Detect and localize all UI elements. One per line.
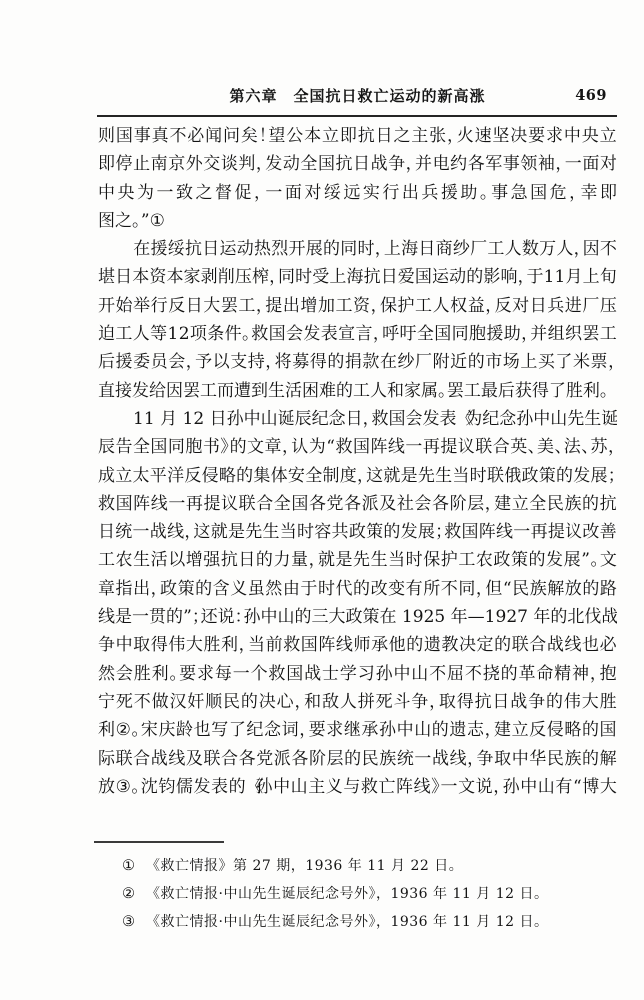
glyph: 时 (358, 235, 375, 263)
glyph: 附 (433, 348, 450, 376)
glyph: 然 (98, 660, 115, 688)
glyph: 大 (186, 631, 203, 659)
glyph: 议 (458, 433, 475, 461)
glyph: 同 (452, 320, 469, 348)
glyph: 个 (251, 660, 268, 688)
glyph: ， (608, 433, 617, 461)
glyph: ！ (259, 122, 268, 150)
glyph: 线 (336, 631, 353, 659)
glyph: 中 (512, 745, 529, 773)
glyph: 厂 (582, 292, 599, 320)
glyph: 1 (168, 320, 179, 348)
glyph: 各 (309, 490, 326, 518)
glyph: 直 (98, 377, 115, 405)
glyph: 督 (215, 179, 232, 207)
glyph: 变 (388, 575, 405, 603)
glyph: 孙 (243, 603, 260, 631)
glyph: 展 (591, 462, 608, 490)
glyph: 员 (151, 348, 168, 376)
glyph: 策 (511, 546, 528, 574)
glyph: 罢 (582, 320, 599, 348)
glyph: 兵 (421, 179, 438, 207)
glyph: 文 (247, 433, 264, 461)
glyph: 战 (601, 603, 617, 631)
glyph: 略 (564, 716, 581, 744)
glyph: 反 (184, 462, 201, 490)
glyph: 募 (292, 348, 309, 376)
glyph: 然 (265, 575, 282, 603)
glyph: 援 (441, 179, 458, 207)
glyph: 并 (530, 320, 547, 348)
glyph: 层 (467, 490, 484, 518)
glyph: 与 (343, 773, 360, 801)
glyph: 问 (223, 122, 240, 150)
glyph: 最 (481, 377, 498, 405)
glyph: 全 (305, 462, 322, 490)
glyph: 2 (506, 603, 517, 631)
glyph: 容 (314, 518, 331, 546)
glyph: 决 (459, 631, 476, 659)
glyph: 认 (291, 433, 308, 461)
glyph: 。 (600, 377, 609, 405)
glyph: 纱 (398, 348, 415, 376)
glyph: 提 (203, 490, 220, 518)
glyph: 是 (401, 462, 418, 490)
text-line: 利②。宋庆龄也写了纪念词，要求继承孙中山的遗志，建立反侵略的国 (98, 716, 617, 744)
glyph: 护 (441, 546, 458, 574)
glyph: 表 (211, 773, 228, 801)
glyph: 放 (98, 773, 115, 801)
glyph: 日 (115, 263, 132, 291)
glyph: 1 (555, 263, 566, 291)
glyph: ， (363, 405, 372, 433)
glyph: 胜 (134, 660, 151, 688)
glyph: 他 (389, 631, 406, 659)
glyph: 伐 (584, 603, 601, 631)
footnote-row: ①《救亡情报》第 27 期，1936 年 11 月 22 日。 (98, 852, 617, 880)
glyph: 压 (235, 263, 252, 291)
footnote-row: ③《救亡情报·中山先生诞辰纪念号外》，1936 年 11 月 12 日。 (98, 908, 617, 936)
glyph: 线 (388, 433, 405, 461)
glyph: 当 (280, 518, 297, 546)
glyph: 及 (186, 745, 203, 773)
glyph: 孙 (516, 405, 533, 433)
glyph: 抗 (335, 150, 352, 178)
glyph: 解 (547, 575, 564, 603)
glyph: 民 (547, 490, 564, 518)
glyph: 日 (346, 405, 363, 433)
glyph: 中 (520, 773, 537, 801)
glyph: 约 (450, 150, 467, 178)
glyph: 挠 (483, 660, 500, 688)
glyph: 国 (116, 122, 133, 150)
glyph: 国 (291, 490, 308, 518)
glyph: 国 (150, 433, 167, 461)
text-line: 然会胜利。要求每一个救国战士学习孙中山不屈不挠的革命精神，抱 (98, 660, 617, 688)
glyph: 的 (230, 433, 247, 461)
glyph: 庆 (158, 716, 175, 744)
glyph: 继 (344, 716, 361, 744)
glyph: 会 (168, 348, 185, 376)
glyph: 战 (547, 631, 564, 659)
glyph: 层 (327, 745, 344, 773)
glyph: 助 (460, 179, 477, 207)
glyph: 说 (218, 603, 235, 631)
glyph: 项 (190, 320, 207, 348)
glyph: 告 (115, 433, 132, 461)
glyph: ， (151, 575, 160, 603)
glyph: 各 (344, 490, 361, 518)
glyph: 给 (149, 377, 166, 405)
glyph: 社 (397, 490, 414, 518)
glyph: 会 (414, 490, 431, 518)
text-line: 11 月 12 日孙中山诞辰纪念日，救国会发表《为纪念孙中山先生诞 (98, 405, 617, 433)
glyph: 绥 (324, 179, 341, 207)
glyph: 的 (582, 716, 599, 744)
glyph: 出 (283, 292, 300, 320)
glyph: 袖 (538, 150, 555, 178)
glyph: 策 (362, 603, 379, 631)
glyph: 章 (265, 433, 282, 461)
glyph: 太 (133, 462, 150, 490)
glyph: 上 (384, 235, 401, 263)
glyph: 吁 (399, 320, 416, 348)
glyph: 各 (468, 150, 485, 178)
glyph: 生 (133, 546, 150, 574)
glyph: 米 (573, 348, 590, 376)
glyph: 提 (548, 518, 565, 546)
glyph: 侵 (547, 716, 564, 744)
glyph: 党 (327, 490, 344, 518)
glyph: 商 (436, 235, 453, 263)
glyph: 票 (591, 348, 608, 376)
glyph: 、 (554, 433, 563, 461)
text-line: 迫工人等12项条件。救国会发表宣言，呼吁全国同胞援助，并组织罢工 (98, 320, 617, 348)
glyph: 先 (353, 546, 370, 574)
glyph: 习 (358, 660, 375, 688)
glyph: 强 (203, 546, 220, 574)
glyph: ； (435, 518, 444, 546)
glyph: 政 (349, 518, 366, 546)
glyph: 2 (424, 603, 435, 631)
glyph: 后 (98, 348, 115, 376)
glyph: 烈 (271, 235, 288, 263)
glyph: 坚 (492, 122, 509, 150)
glyph: 1 (144, 405, 155, 433)
glyph: 中 (397, 716, 414, 744)
glyph: 工 (238, 292, 255, 320)
glyph: 国 (600, 716, 617, 744)
glyph: 会 (405, 405, 422, 433)
glyph: 英 (510, 433, 527, 461)
glyph: 词 (282, 716, 299, 744)
glyph: 数 (522, 235, 539, 263)
glyph: 1 (485, 603, 496, 631)
glyph: ， (186, 348, 195, 376)
glyph: 行 (382, 179, 399, 207)
footnote-marker: ③ (122, 908, 135, 936)
glyph: 求 (546, 122, 563, 150)
glyph: 。 (132, 207, 141, 235)
footnote-text: 《救亡情报·中山先生诞辰纪念号外》，1936 年 11 月 12 日。 (146, 908, 548, 936)
glyph: 2 (179, 320, 190, 348)
glyph: ， (299, 716, 308, 744)
glyph: 美 (537, 433, 554, 461)
glyph: ， (373, 320, 382, 348)
glyph: 是 (115, 603, 132, 631)
glyph: 开 (98, 292, 115, 320)
text-line: 工农生活以增强抗日的力量，就是先生当时保护工农政策的发展”。文 (98, 546, 617, 574)
glyph: ， (254, 179, 263, 207)
text-line: 日统一战线，这就是先生当时容共政策的发展；救国阵线一再提议改善 (98, 518, 617, 546)
glyph: 央 (118, 179, 135, 207)
glyph: 民 (223, 688, 240, 716)
glyph: 联 (475, 433, 492, 461)
glyph: 也 (582, 631, 599, 659)
glyph: 为 (309, 433, 326, 461)
glyph: 进 (565, 292, 582, 320)
glyph: 响 (500, 263, 517, 291)
glyph: 国 (530, 179, 547, 207)
glyph: 运 (432, 263, 449, 291)
glyph: 致 (176, 179, 193, 207)
glyph: 合 (529, 631, 546, 659)
glyph: 海 (401, 235, 418, 263)
glyph: 抗 (358, 122, 375, 150)
glyph: 是 (228, 518, 245, 546)
glyph: 取 (133, 631, 150, 659)
glyph: 出 (133, 575, 150, 603)
glyph: 会 (286, 320, 303, 348)
glyph: 派 (274, 745, 291, 773)
glyph: 榨 (252, 263, 269, 291)
glyph: 派 (362, 490, 379, 518)
glyph: 止 (133, 150, 150, 178)
glyph: 山 (411, 660, 428, 688)
glyph: 由 (283, 575, 300, 603)
glyph: 议 (221, 490, 238, 518)
glyph: 开 (289, 235, 306, 263)
glyph: 的 (256, 546, 273, 574)
glyph: 略 (219, 462, 236, 490)
glyph: ， (282, 433, 291, 461)
glyph: 资 (353, 292, 370, 320)
glyph: 建 (494, 490, 511, 518)
glyph: 遗 (424, 631, 441, 659)
glyph: 举 (133, 292, 150, 320)
glyph: 集 (253, 462, 270, 490)
glyph: 支 (230, 348, 247, 376)
glyph: 抗 (364, 263, 381, 291)
glyph: 接 (115, 377, 132, 405)
glyph: ， (375, 235, 384, 263)
glyph: 展 (306, 235, 323, 263)
glyph: 在 (379, 603, 396, 631)
glyph: 不 (465, 660, 482, 688)
glyph: 中 (244, 405, 261, 433)
glyph: ， (521, 320, 530, 348)
footnote-marker: ① (122, 852, 135, 880)
glyph: 生 (268, 377, 285, 405)
glyph: 的 (550, 603, 567, 631)
glyph: 的 (468, 348, 485, 376)
glyph: 全 (300, 150, 317, 178)
glyph: 写 (211, 716, 228, 744)
footnotes: ①《救亡情报》第 27 期，1936 年 11 月 22 日。②《救亡情报·中山… (98, 852, 617, 936)
text-line: 后援委员会，予以支持，将募得的捐款在纱厂附近的市场上买了米票， (98, 348, 617, 376)
glyph: 际 (98, 745, 115, 773)
glyph: 对 (600, 150, 617, 178)
text-line: 际联合战线及联合各党派各阶层的民族统一战线，争取中华民族的解 (98, 745, 617, 773)
glyph: 阵 (370, 433, 387, 461)
glyph: 兵 (547, 292, 564, 320)
glyph: 削 (218, 263, 235, 291)
glyph: 就 (318, 546, 335, 574)
glyph: ， (608, 348, 617, 376)
glyph: 同 (340, 235, 357, 263)
glyph: ， (371, 292, 380, 320)
text-line: 成立太平洋反侵略的集体安全制度，这就是先生当时联俄政策的发展； (98, 462, 617, 490)
glyph: ， (574, 235, 583, 263)
glyph: 后 (498, 377, 515, 405)
glyph: 救 (98, 490, 115, 518)
text-line: 在援绥抗日运动热烈开展的同时，上海日商纱厂工人数万人，因不 (98, 235, 617, 263)
glyph: 的 (229, 773, 246, 801)
glyph: 这 (193, 518, 210, 546)
body-text: 则国事真不必闻问矣！望公本立即抗日之主张，火速坚决要求中央立即停止南京外交谈判，… (98, 122, 617, 801)
glyph: 合 (493, 433, 510, 461)
glyph: 的 (582, 575, 599, 603)
glyph: 志 (467, 716, 484, 744)
glyph: 诞 (601, 405, 617, 433)
glyph: 日 (202, 235, 219, 263)
glyph: 争 (98, 631, 115, 659)
glyph: 为 (465, 405, 482, 433)
glyph: 义 (326, 773, 343, 801)
glyph: 在 (380, 348, 397, 376)
glyph: 必 (187, 122, 204, 150)
glyph: 取 (494, 745, 511, 773)
glyph: 命 (536, 660, 553, 688)
glyph: 求 (197, 660, 214, 688)
glyph: 的 (546, 688, 563, 716)
glyph: ” (141, 207, 150, 235)
chapter-title: 第六章 全国抗日救亡运动的新高涨 (98, 84, 617, 108)
glyph: 线 (167, 518, 184, 546)
glyph: 火 (457, 122, 474, 150)
glyph: 纪 (482, 405, 499, 433)
glyph: 幸 (580, 179, 597, 207)
glyph: 罢 (447, 377, 464, 405)
glyph: 国 (388, 405, 405, 433)
glyph: ， (493, 773, 502, 801)
glyph: 事 (491, 179, 508, 207)
glyph: 族 (379, 745, 396, 773)
glyph: 胞 (469, 320, 486, 348)
glyph: 爱 (398, 263, 415, 291)
glyph: 救 (444, 518, 461, 546)
glyph: 抗 (475, 688, 492, 716)
glyph: 文 (458, 773, 475, 801)
glyph: 发 (422, 405, 439, 433)
glyph: 日 (210, 405, 227, 433)
glyph: 国 (116, 490, 133, 518)
glyph: 联 (487, 462, 504, 490)
glyph: 政 (493, 546, 510, 574)
glyph: 生 (435, 462, 452, 490)
glyph: 战 (371, 150, 388, 178)
glyph: 日 (186, 292, 203, 320)
text-line: 图之。”① (98, 207, 617, 235)
glyph: 山 (550, 405, 567, 433)
glyph: 屈 (447, 660, 464, 688)
glyph: 展 (418, 518, 435, 546)
glyph: 捐 (345, 348, 362, 376)
glyph: 了 (555, 348, 572, 376)
glyph: 则 (98, 122, 115, 150)
glyph: 孙 (503, 773, 520, 801)
glyph: 困 (302, 377, 319, 405)
glyph: 求 (326, 716, 343, 744)
glyph: 因 (166, 377, 183, 405)
glyph: 制 (322, 462, 339, 490)
glyph: 援 (151, 235, 168, 263)
glyph: 同 (278, 263, 295, 291)
glyph: 。 (480, 179, 489, 207)
glyph: 即 (340, 122, 357, 150)
glyph: 党 (256, 745, 273, 773)
glyph: ， (357, 462, 366, 490)
glyph: 救 (371, 405, 388, 433)
glyph: 抗 (600, 490, 617, 518)
glyph: 的 (582, 745, 599, 773)
glyph: 联 (116, 745, 133, 773)
glyph: 战 (432, 745, 449, 773)
glyph: 族 (564, 490, 581, 518)
glyph: 死 (376, 688, 393, 716)
glyph: 钧 (158, 773, 175, 801)
glyph: 解 (600, 745, 617, 773)
glyph: 委 (133, 348, 150, 376)
glyph: ， (555, 150, 564, 178)
glyph: 一 (168, 490, 185, 518)
glyph: 。 (242, 320, 251, 348)
glyph: ， (256, 150, 265, 178)
glyph: 统 (397, 745, 414, 773)
glyph: 得 (310, 348, 327, 376)
glyph: 予 (195, 348, 212, 376)
glyph: 不 (429, 660, 446, 688)
glyph: 宣 (338, 320, 355, 348)
glyph: 有 (555, 773, 572, 801)
glyph: 款 (362, 348, 379, 376)
glyph: 以 (168, 546, 185, 574)
glyph: 中 (273, 773, 290, 801)
glyph: 呼 (382, 320, 399, 348)
text-line: 则国事真不必闻问矣！望公本立即抗日之主张，火速坚决要求中央立 (98, 122, 617, 150)
glyph: 矣 (241, 122, 258, 150)
glyph: 国 (434, 320, 451, 348)
glyph: 民 (362, 745, 379, 773)
glyph: 市 (485, 348, 502, 376)
glyph: 奸 (187, 688, 204, 716)
glyph: 必 (600, 631, 617, 659)
glyph: 促 (235, 179, 252, 207)
glyph: 学 (340, 660, 357, 688)
text-line: 救国阵线一再提议联合全国各党各派及社会各阶层，建立全民族的抗 (98, 490, 617, 518)
glyph: 当 (388, 546, 405, 574)
glyph: 精 (554, 660, 571, 688)
